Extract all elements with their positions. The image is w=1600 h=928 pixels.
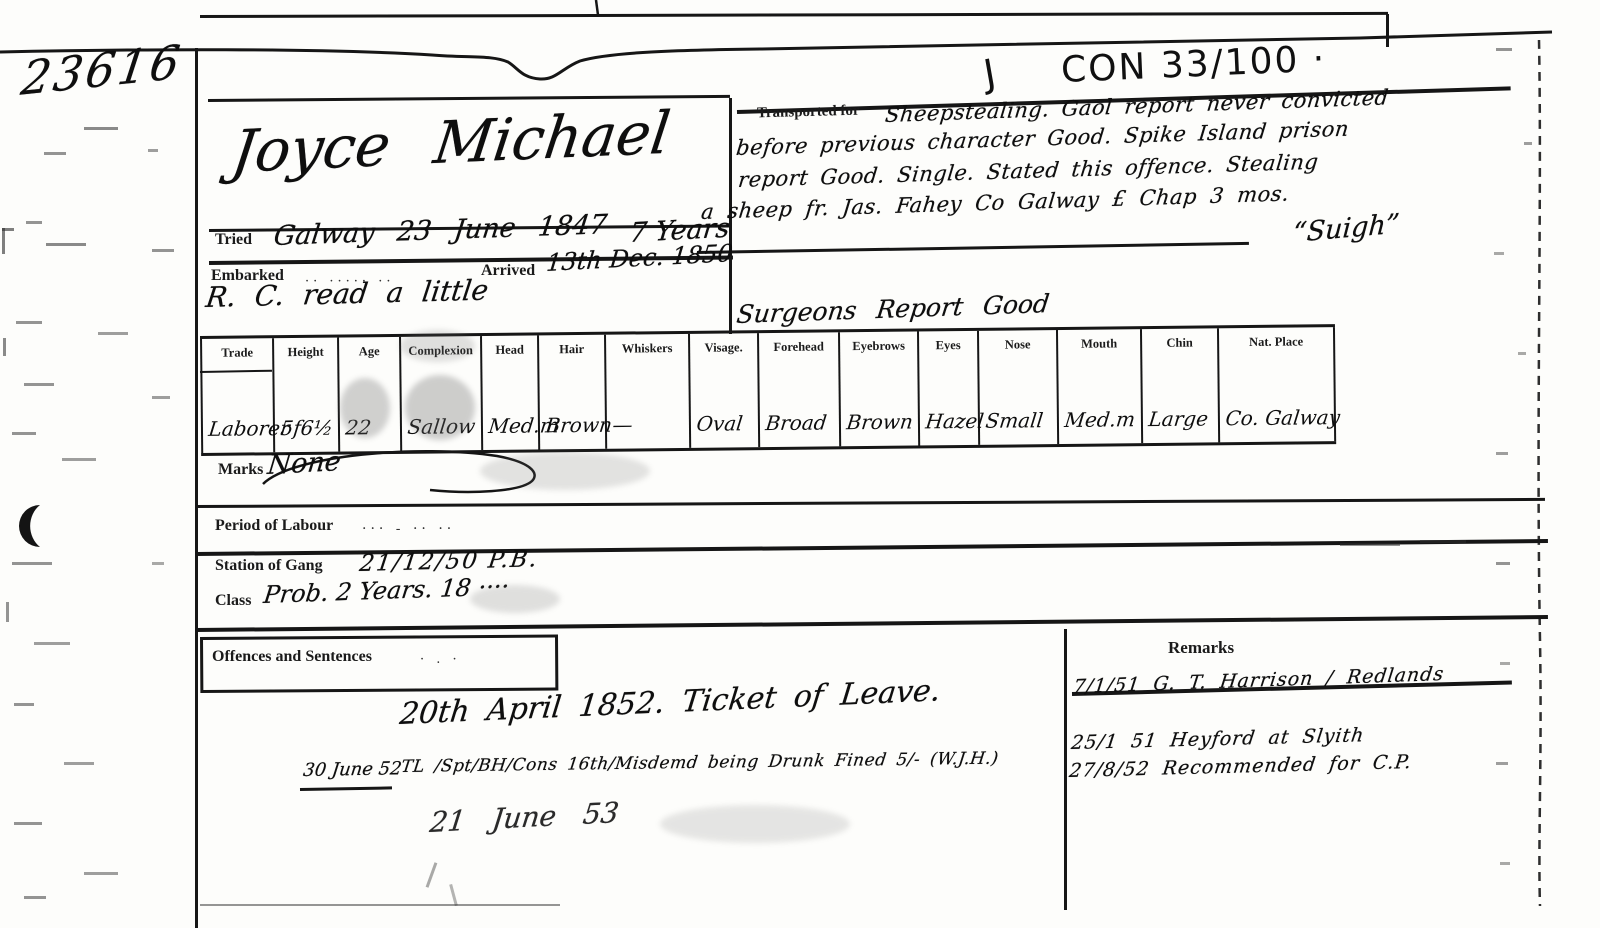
desc-value-whiskers: — bbox=[605, 412, 691, 449]
scan-noise bbox=[84, 872, 118, 875]
arrived-value: 13th Dec. 1850 bbox=[545, 239, 734, 277]
crescent-mark bbox=[19, 505, 40, 547]
scan-noise bbox=[1494, 252, 1504, 255]
desc-header-hair: Hair bbox=[539, 335, 604, 358]
offences-label-dots: · . · bbox=[420, 652, 461, 667]
scan-noise bbox=[3, 338, 6, 356]
offence-entry-2-date: 30 June 52 bbox=[302, 758, 403, 781]
religion-literacy: R. C. read a little bbox=[204, 273, 490, 314]
period-of-labour-label: Period of Labour bbox=[215, 517, 333, 535]
remarks-entry-1: 7/1/51 G. T. Harrison / Redlands bbox=[1072, 663, 1446, 698]
scan-noise bbox=[1496, 48, 1512, 51]
desc-col-head: HeadMed.m bbox=[482, 335, 540, 450]
desc-col-hair: HairBrown bbox=[539, 335, 607, 450]
scan-noise bbox=[426, 862, 438, 887]
scan-smudge bbox=[660, 805, 850, 843]
marks-label: Marks bbox=[218, 461, 263, 479]
desc-header-whiskers: Whiskers bbox=[606, 334, 688, 357]
offences-remarks-divider bbox=[1064, 629, 1067, 910]
desc-value-visage: Oval bbox=[689, 411, 760, 448]
scan-noise bbox=[44, 152, 66, 155]
desc-header-mouth: Mouth bbox=[1058, 329, 1140, 352]
desc-header-chin: Chin bbox=[1142, 328, 1217, 351]
desc-col-mouth: MouthMed.m bbox=[1058, 329, 1143, 444]
station-of-gang-value: 21/12/50 P.B. bbox=[358, 546, 540, 577]
desc-value-eyebrows: Brown bbox=[839, 409, 920, 446]
scan-noise bbox=[1518, 352, 1526, 355]
scan-noise bbox=[6, 602, 9, 622]
desc-value-hair: Brown bbox=[538, 413, 607, 450]
right-page-edge bbox=[1539, 40, 1541, 906]
desc-value-trade: Laborer bbox=[201, 416, 275, 453]
transported-underline bbox=[697, 242, 1249, 254]
scan-noise bbox=[1524, 142, 1532, 145]
station-of-gang-label: Station of Gang bbox=[215, 557, 323, 575]
desc-header-head: Head bbox=[482, 335, 537, 358]
remarks-entry-2: 25/1 51 Heyford at Slyith bbox=[1070, 724, 1366, 754]
scan-noise bbox=[34, 642, 70, 645]
desc-header-visage: Visage. bbox=[690, 333, 757, 356]
period-of-labour-dots: ··· - ·· ·· bbox=[362, 521, 455, 537]
marks-value: None bbox=[266, 446, 342, 481]
desc-header-eyes: Eyes bbox=[919, 331, 977, 354]
desc-col-nose: NoseSmall bbox=[979, 330, 1059, 445]
surgeons-report: Surgeons Report Good bbox=[735, 289, 1051, 329]
convict-record-scan: 23616 J CON 33/100 · Joyce Michael Tried… bbox=[0, 0, 1600, 928]
scan-noise bbox=[1496, 762, 1508, 765]
bottom-faint-line bbox=[200, 904, 560, 906]
offence-entry-2-text: TL /Spt/BH/Cons 16th/Misdemd being Drunk… bbox=[400, 749, 1000, 777]
scan-noise bbox=[26, 221, 42, 224]
scan-smudge bbox=[470, 585, 560, 613]
scan-smudge bbox=[405, 375, 475, 440]
archive-prefix: J bbox=[980, 51, 999, 96]
desc-header-forehead: Forehead bbox=[759, 332, 838, 355]
desc-col-forehead: ForeheadBroad bbox=[759, 332, 841, 447]
scan-noise bbox=[12, 432, 36, 435]
scan-noise bbox=[16, 321, 42, 324]
desc-value-nose: Small bbox=[978, 408, 1059, 445]
tried-label: Tried bbox=[215, 231, 252, 249]
offences-label: Offences and Sentences bbox=[212, 648, 372, 666]
remarks-entry-3: 27/8/52 Recommended for C.P. bbox=[1068, 751, 1413, 782]
scan-noise bbox=[46, 243, 86, 246]
page-edge-stub bbox=[596, 0, 598, 15]
scan-noise bbox=[152, 562, 164, 565]
scan-noise bbox=[62, 458, 96, 461]
left-form-border bbox=[195, 48, 198, 928]
scan-noise bbox=[152, 396, 170, 399]
class-label: Class bbox=[215, 592, 251, 610]
scan-smudge bbox=[400, 330, 475, 362]
desc-value-head: Med.m bbox=[481, 413, 540, 450]
scan-noise bbox=[14, 822, 42, 825]
scan-noise bbox=[2, 228, 5, 254]
registration-number: 23616 bbox=[18, 34, 186, 106]
desc-header-eyebrows: Eyebrows bbox=[840, 331, 917, 354]
scan-smudge bbox=[340, 378, 390, 438]
convict-name: Joyce Michael bbox=[228, 98, 674, 186]
desc-value-nat-place: Co. Galway bbox=[1218, 405, 1336, 442]
top-right-stub bbox=[1386, 14, 1389, 47]
scan-noise bbox=[98, 332, 128, 335]
top-page-line bbox=[200, 12, 1388, 18]
scan-noise bbox=[84, 127, 118, 130]
ship-note: “Suigh” bbox=[1292, 208, 1401, 249]
scan-noise bbox=[1340, 543, 1400, 546]
scan-noise bbox=[1500, 662, 1510, 665]
desc-col-trade: TradeLaborer bbox=[202, 338, 275, 453]
scan-noise bbox=[1496, 562, 1510, 565]
scan-noise bbox=[1500, 862, 1510, 865]
desc-col-nat-place: Nat. PlaceCo. Galway bbox=[1219, 327, 1336, 442]
desc-header-trade: Trade bbox=[202, 338, 272, 361]
section-line-offences bbox=[196, 615, 1548, 631]
tried-value: Galway 23 June 1847 bbox=[272, 209, 609, 252]
scan-noise bbox=[152, 249, 174, 252]
scan-noise bbox=[148, 149, 158, 152]
desc-col-eyebrows: EyebrowsBrown bbox=[840, 331, 920, 446]
desc-value-chin: Large bbox=[1141, 406, 1220, 443]
scan-noise bbox=[24, 896, 46, 899]
desc-col-height: Height5f6½ bbox=[274, 338, 340, 453]
archive-reference: CON 33/100 · bbox=[1060, 38, 1327, 91]
scan-smudge bbox=[480, 452, 650, 490]
desc-header-nat-place: Nat. Place bbox=[1219, 327, 1333, 350]
scan-noise bbox=[1496, 452, 1508, 455]
desc-value-forehead: Broad bbox=[758, 410, 841, 447]
desc-header-nose: Nose bbox=[979, 330, 1056, 353]
desc-col-visage: Visage.Oval bbox=[690, 333, 760, 448]
desc-col-eyes: EyesHazel bbox=[919, 331, 980, 446]
scan-noise bbox=[1420, 540, 1466, 543]
transported-for-label: Transported for bbox=[757, 103, 860, 123]
scan-noise bbox=[64, 762, 94, 765]
desc-value-eyes: Hazel bbox=[918, 409, 980, 446]
scan-noise bbox=[12, 562, 52, 565]
desc-value-mouth: Med.m bbox=[1057, 407, 1143, 444]
desc-header-age: Age bbox=[339, 337, 399, 360]
offence-entry-3: 21 June 53 bbox=[428, 796, 621, 839]
scan-noise bbox=[24, 383, 54, 386]
section-line-marks bbox=[196, 498, 1545, 508]
desc-col-whiskers: Whiskers— bbox=[606, 334, 691, 449]
scan-noise bbox=[14, 703, 34, 706]
desc-col-chin: ChinLarge bbox=[1142, 328, 1220, 443]
offence-date-underline bbox=[300, 786, 392, 790]
remarks-label: Remarks bbox=[1168, 638, 1234, 658]
desc-header-height: Height bbox=[274, 338, 337, 361]
scan-noise bbox=[449, 884, 458, 906]
